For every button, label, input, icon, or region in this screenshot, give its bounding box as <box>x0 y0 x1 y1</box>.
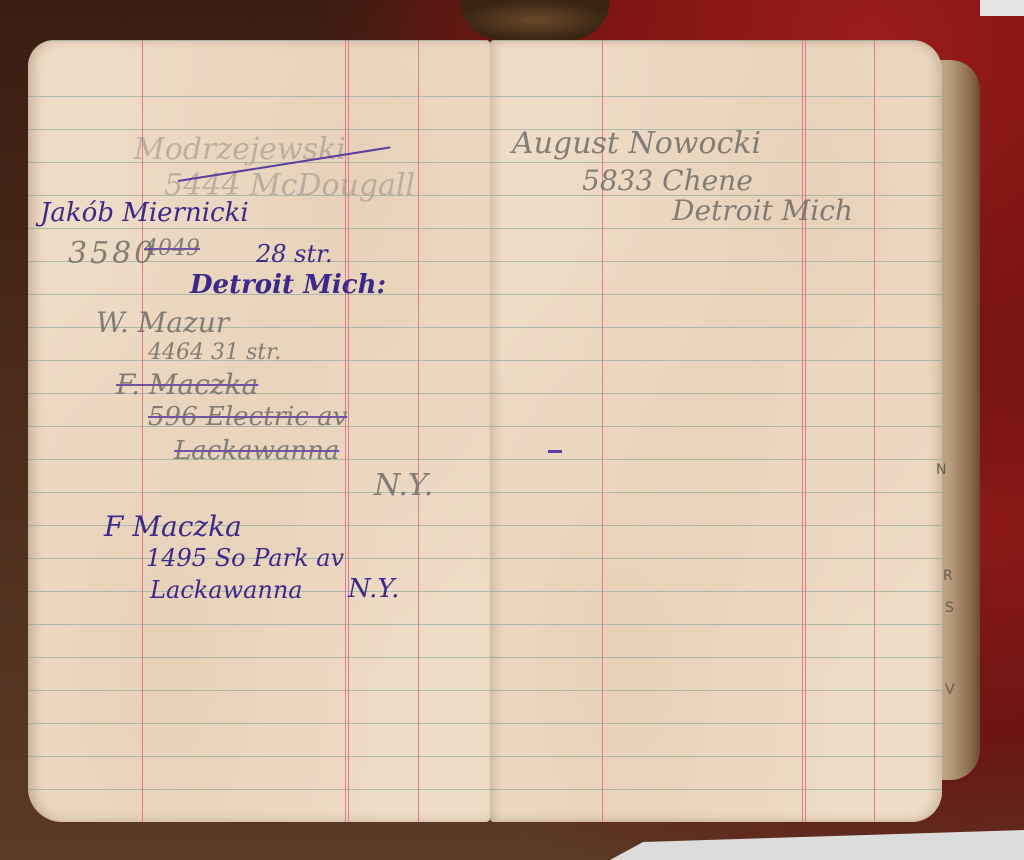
spine-binding <box>460 0 610 40</box>
margin-line <box>348 40 349 822</box>
entry-city: Lackawanna <box>174 436 339 466</box>
entry-name: Jakób Miernicki <box>40 198 249 228</box>
entry-name: F Maczka <box>104 510 242 543</box>
index-tab-letter: R <box>943 568 953 584</box>
index-tab-letter: N <box>936 462 946 478</box>
background <box>980 0 1024 16</box>
entry-street: 5833 Chene <box>582 164 753 197</box>
entry-state: N.Y. <box>374 468 433 503</box>
entry-city: Lackawanna <box>150 576 303 604</box>
entry-street: 1495 So Park av <box>146 544 344 572</box>
entry-street: 28 str. <box>256 240 333 268</box>
left-page: Modrzejewski 5444 McDougall Jakób Mierni… <box>28 40 490 822</box>
entry-street: 596 Electric av <box>148 402 347 432</box>
entry-name: W. Mazur <box>96 306 229 339</box>
entry-city: Detroit Mich <box>672 194 853 227</box>
entry-state: N.Y. <box>348 574 399 604</box>
index-tab-letter: S <box>945 600 954 616</box>
index-tab-letter: V <box>945 682 955 698</box>
margin-line <box>805 40 806 822</box>
margin-line <box>418 40 419 822</box>
entry-street: 4464 31 str. <box>148 340 281 365</box>
entry-old-number: 4049 <box>144 236 200 261</box>
entry-name: F. Maczka <box>116 368 258 401</box>
margin-line <box>802 40 803 822</box>
ink-mark <box>548 450 562 453</box>
entry-name: Modrzejewski <box>134 132 346 167</box>
margin-line <box>874 40 875 822</box>
right-page: August Nowocki 5833 Chene Detroit Mich <box>490 40 942 822</box>
entry-city: Detroit Mich: <box>190 270 386 300</box>
entry-name: August Nowocki <box>512 126 761 161</box>
